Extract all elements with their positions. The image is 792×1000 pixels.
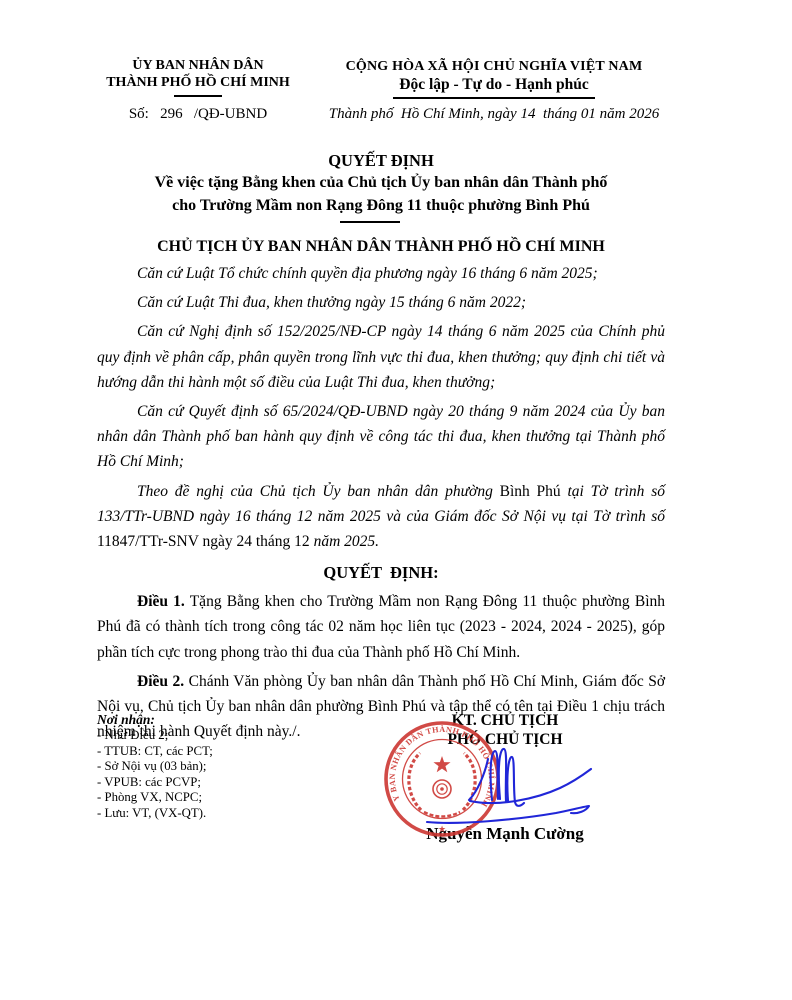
deciding-authority-line: CHỦ TỊCH ỦY BAN NHÂN DÂN THÀNH PHỐ HỒ CH…	[97, 236, 665, 257]
handwritten-signature	[427, 749, 591, 823]
recipients-block: Nơi nhận: - Như Điều 2; - TTUB: CT, các …	[97, 712, 327, 822]
seal-emblem-star-icon	[433, 756, 450, 772]
seal-emblem-gear-icon	[433, 780, 451, 798]
recipient-item: - Lưu: VT, (VX-QT).	[97, 806, 327, 822]
recipient-item: - Phòng VX, NCPC;	[97, 790, 327, 806]
recipients-label: Nơi nhận:	[97, 712, 327, 728]
preamble-paragraph: Căn cứ Luật Tổ chức chính quyền địa phươ…	[97, 261, 665, 286]
svg-text:ỦY BAN NHÂN DÂN THÀNH PHỐ HỒ C: ỦY BAN NHÂN DÂN THÀNH PHỐ HỒ CHÍ MINH	[365, 705, 497, 809]
document-subtitle-line1: Về việc tặng Bằng khen của Chủ tịch Ủy b…	[97, 171, 665, 194]
national-motto-block: CỘNG HÒA XÃ HỘI CHỦ NGHĨA VIỆT NAM Độc l…	[323, 58, 665, 123]
national-name-line: CỘNG HÒA XÃ HỘI CHỦ NGHĨA VIỆT NAM	[323, 58, 665, 75]
document-header: ỦY BAN NHÂN DÂN THÀNH PHỐ HỒ CHÍ MINH Số…	[97, 58, 665, 138]
preamble-segment: 11847/TTr-SNV ngày 24 tháng 12	[97, 533, 314, 550]
recipient-item: - TTUB: CT, các PCT;	[97, 744, 327, 760]
issuing-org-line2: THÀNH PHỐ HỒ CHÍ MINH	[97, 75, 299, 92]
preamble-paragraph: Theo đề nghị của Chủ tịch Ủy ban nhân dâ…	[97, 479, 665, 555]
article-2-label: Điều 2.	[137, 673, 184, 690]
article-1-paragraph: Điều 1. Tặng Bằng khen cho Trường Mầm no…	[97, 589, 665, 665]
recipient-item: - Sở Nội vụ (03 bản);	[97, 759, 327, 775]
document-title-block: QUYẾT ĐỊNH Về việc tặng Bằng khen của Ch…	[97, 150, 665, 223]
place-date-line: Thành phố Hồ Chí Minh, ngày 14 tháng 01 …	[323, 106, 665, 123]
preamble-segment: Theo đề nghị của Chủ tịch Ủy ban nhân dâ…	[137, 483, 500, 500]
seal-star-icon: ★	[438, 825, 446, 835]
issuing-org-line1: ỦY BAN NHÂN DÂN	[97, 58, 299, 75]
document-subtitle-line2: cho Trường Mầm non Rạng Đông 11 thuộc ph…	[97, 194, 665, 217]
header-left-divider	[174, 95, 222, 97]
decision-document-page: ỦY BAN NHÂN DÂN THÀNH PHỐ HỒ CHÍ MINH Số…	[0, 0, 792, 1000]
preamble-paragraph: Căn cứ Nghị định số 152/2025/NĐ-CP ngày …	[97, 319, 665, 395]
recipient-item: - VPUB: các PCVP;	[97, 775, 327, 791]
preamble-paragraph: Căn cứ Quyết định số 65/2024/QĐ-UBND ngà…	[97, 399, 665, 475]
header-right-divider	[393, 97, 595, 99]
document-body: ỦY BAN NHÂN DÂN THÀNH PHỐ HỒ CHÍ MINH Số…	[97, 58, 665, 744]
decision-heading: QUYẾT ĐỊNH:	[97, 561, 665, 585]
official-seal-icon: ỦY BAN NHÂN DÂN THÀNH PHỐ HỒ CHÍ MINH ★	[365, 705, 498, 835]
issuing-authority-block: ỦY BAN NHÂN DÂN THÀNH PHỐ HỒ CHÍ MINH Số…	[97, 58, 299, 123]
preamble-paragraph: Căn cứ Luật Thi đua, khen thưởng ngày 15…	[97, 290, 665, 315]
preamble-segment: năm 2025.	[314, 533, 379, 550]
national-motto-line: Độc lập - Tự do - Hạnh phúc	[323, 75, 665, 94]
document-number: Số: 296 /QĐ-UBND	[97, 106, 299, 123]
title-divider	[340, 221, 400, 223]
document-type-title: QUYẾT ĐỊNH	[97, 150, 665, 171]
preamble-segment: Bình Phú	[500, 483, 561, 500]
seal-ring-text: ỦY BAN NHÂN DÂN THÀNH PHỐ HỒ CHÍ MINH	[365, 705, 497, 809]
article-1-label: Điều 1.	[137, 593, 185, 610]
seal-and-signature-graphic: ỦY BAN NHÂN DÂN THÀNH PHỐ HỒ CHÍ MINH ★	[365, 705, 610, 855]
recipient-item: - Như Điều 2;	[97, 728, 327, 744]
